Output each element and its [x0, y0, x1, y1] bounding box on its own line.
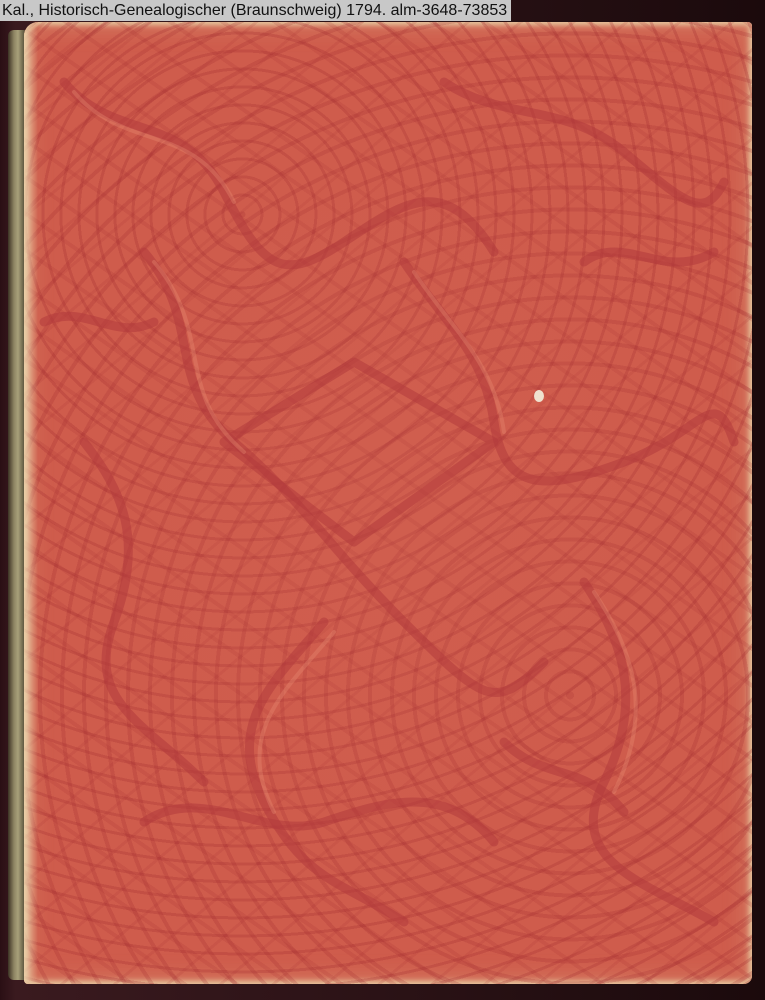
cover-speck: [534, 390, 544, 402]
book-cover: [24, 22, 752, 984]
photo-background: Kal., Historisch-Genealogischer (Braunsc…: [0, 0, 765, 1000]
marbled-pattern: [24, 22, 752, 984]
cover-edge-wear: [24, 22, 38, 984]
image-caption: Kal., Historisch-Genealogischer (Braunsc…: [0, 0, 511, 21]
